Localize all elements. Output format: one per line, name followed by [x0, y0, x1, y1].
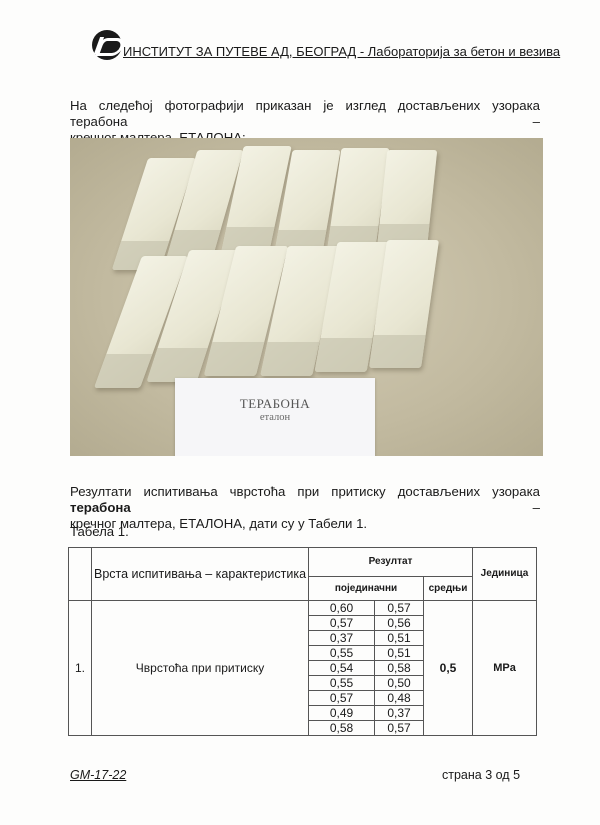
- document-code: GM-17-22: [70, 768, 126, 782]
- individual-value: 0,55: [309, 676, 375, 691]
- samples-photo: ТЕРАБОНА еталон: [70, 138, 543, 456]
- individual-value: 0,57: [309, 691, 375, 706]
- header-title: ИНСТИТУТ ЗА ПУТЕВЕ АД, БЕОГРАД - Лаборат…: [123, 44, 560, 62]
- type-header: Врста испитивања – карактеристика: [92, 548, 309, 601]
- row-characteristic: Чврстоћа при притиску: [92, 601, 309, 736]
- individual-value: 0,54: [309, 661, 375, 676]
- individual-value: 0,56: [375, 616, 424, 631]
- document-header: ИНСТИТУТ ЗА ПУТЕВЕ АД, БЕОГРАД - Лаборат…: [92, 30, 560, 62]
- individual-value: 0,37: [375, 706, 424, 721]
- results-paragraph: Резултати испитивања чврстоћа при притис…: [70, 484, 540, 532]
- sample-label-subtitle: еталон: [175, 412, 375, 423]
- individual-value: 0,49: [309, 706, 375, 721]
- number-header: [69, 548, 92, 601]
- individual-value: 0,58: [375, 661, 424, 676]
- sample-label-card: ТЕРАБОНА еталон: [175, 378, 375, 456]
- result-header: Резултат: [309, 548, 473, 577]
- individual-value: 0,58: [309, 721, 375, 736]
- individual-header: појединачни: [309, 577, 424, 601]
- intro-line-1: На следећој фотографији приказан је изгл…: [70, 98, 540, 130]
- results-line-1-text: Резултати испитивања чврстоћа при притис…: [70, 484, 540, 499]
- individual-value: 0,55: [309, 646, 375, 661]
- page-number: страна 3 од 5: [442, 768, 520, 782]
- results-bold-term: терабона: [70, 500, 131, 515]
- individual-value: 0,60: [309, 601, 375, 616]
- individual-value: 0,50: [375, 676, 424, 691]
- results-table: Врста испитивања – карактеристика Резулт…: [68, 547, 537, 736]
- individual-value: 0,57: [375, 601, 424, 616]
- results-line-1-dash: –: [131, 500, 540, 515]
- individual-value: 0,51: [375, 631, 424, 646]
- individual-value: 0,57: [375, 721, 424, 736]
- sample-label-title: ТЕРАБОНА: [175, 396, 375, 412]
- unit-header: Јединица: [473, 548, 537, 601]
- results-line-1: Резултати испитивања чврстоћа при притис…: [70, 484, 540, 516]
- unit-value: MPa: [473, 601, 537, 736]
- table-caption: Табела 1.: [70, 524, 129, 539]
- individual-value: 0,37: [309, 631, 375, 646]
- individual-value: 0,48: [375, 691, 424, 706]
- mean-header: средњи: [424, 577, 473, 601]
- mean-value: 0,5: [424, 601, 473, 736]
- row-number: 1.: [69, 601, 92, 736]
- individual-value: 0,57: [309, 616, 375, 631]
- individual-value: 0,51: [375, 646, 424, 661]
- institute-logo-icon: [92, 30, 122, 60]
- table-row: 1.Чврстоћа при притиску0,600,570,5MPa: [69, 601, 537, 616]
